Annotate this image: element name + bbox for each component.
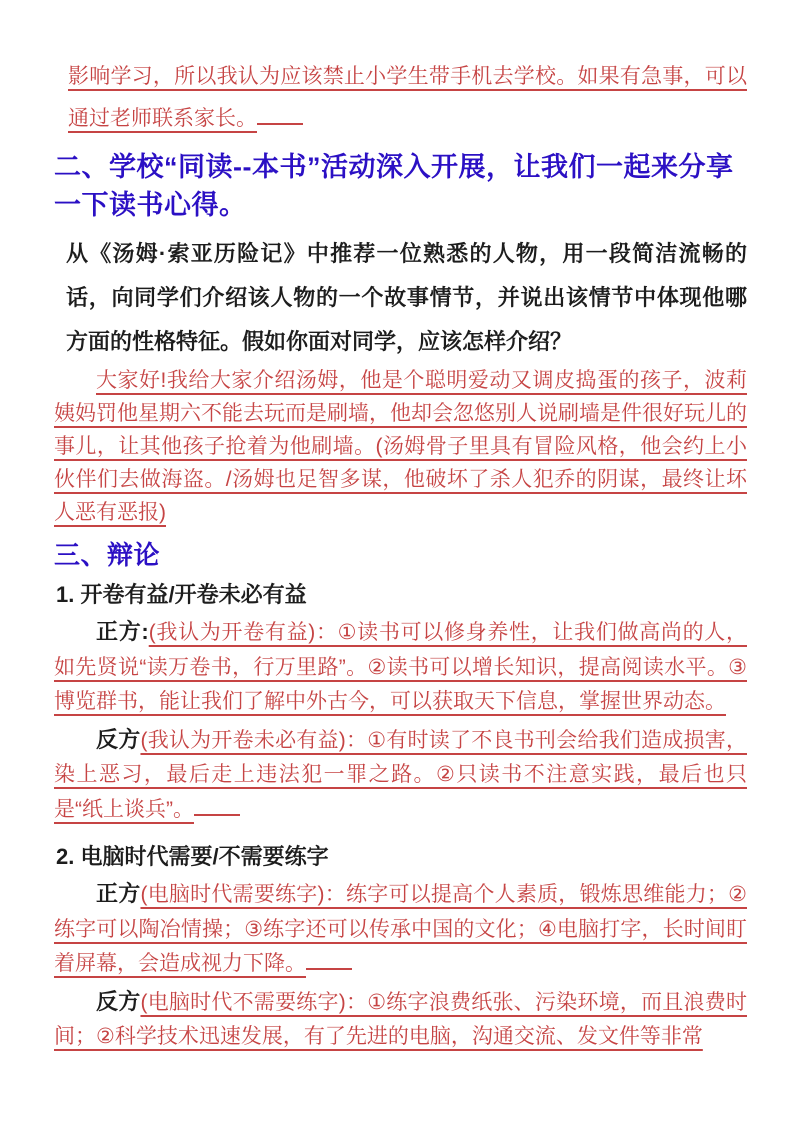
debate-1-con-text: (我认为开卷未必有益)：①有时读了不良书刊会给我们造成损害，染上恶习，最后走上违… — [54, 729, 747, 821]
debate-2-con-text: (电脑时代不需要练字)：①练字浪费纸张、污染环境，而且浪费时间；②科学技术迅速发… — [54, 991, 747, 1049]
con-side-label: 反方 — [96, 989, 140, 1014]
carryover-text: 影响学习，所以我认为应该禁止小学生带手机去学校。如果有急事，可以通过老师联系家长… — [68, 65, 747, 130]
debate-2-pro-text: (电脑时代需要练字)：练字可以提高个人素质，锻炼思维能力；②练字可以陶冶情操；③… — [54, 883, 747, 975]
section-2-answer: 大家好!我给大家介绍汤姆，他是个聪明爱动又调皮捣蛋的孩子，波莉姨妈罚他星期六不能… — [54, 364, 747, 529]
debate-1-pro: 正方:(我认为开卷有益)：①读书可以修身养性，让我们做高尚的人，如先贤说“读万卷… — [54, 615, 747, 720]
pro-side-label: 正方 — [96, 881, 140, 906]
debate-2-con: 反方(电脑时代不需要练字)：①练字浪费纸张、污染环境，而且浪费时间；②科学技术迅… — [54, 985, 747, 1055]
document-page: 影响学习，所以我认为应该禁止小学生带手机去学校。如果有急事，可以通过老师联系家长… — [0, 0, 793, 1122]
section-2-heading: 二、学校“同读--本书”活动深入开展，让我们一起来分享一下读书心得。 — [54, 148, 747, 224]
debate-2-title: 2. 电脑时代需要/不需要练字 — [56, 843, 747, 871]
debate-2-pro: 正方(电脑时代需要练字)：练字可以提高个人素质，锻炼思维能力；②练字可以陶冶情操… — [54, 877, 747, 982]
con-side-label: 反方 — [96, 727, 140, 752]
debate-1-con: 反方(我认为开卷未必有益)：①有时读了不良书刊会给我们造成损害，染上恶习，最后走… — [54, 723, 747, 828]
underline-tail — [194, 794, 240, 815]
answer-text: 大家好!我给大家介绍汤姆，他是个聪明爱动又调皮捣蛋的孩子，波莉姨妈罚他星期六不能… — [54, 369, 747, 524]
underline-tail — [306, 949, 352, 970]
debate-1-title: 1. 开卷有益/开卷未必有益 — [56, 581, 747, 609]
section-3-heading: 三、辩论 — [54, 539, 747, 571]
carryover-paragraph: 影响学习，所以我认为应该禁止小学生带手机去学校。如果有急事，可以通过老师联系家长… — [68, 56, 747, 140]
pro-side-label: 正方: — [96, 619, 149, 644]
debate-1-pro-text: (我认为开卷有益)：①读书可以修身养性，让我们做高尚的人，如先贤说“读万卷书，行… — [54, 621, 747, 713]
underline-tail — [257, 104, 303, 125]
section-2-question: 从《汤姆·索亚历险记》中推荐一位熟悉的人物，用一段简洁流畅的话，向同学们介绍该人… — [66, 232, 747, 364]
